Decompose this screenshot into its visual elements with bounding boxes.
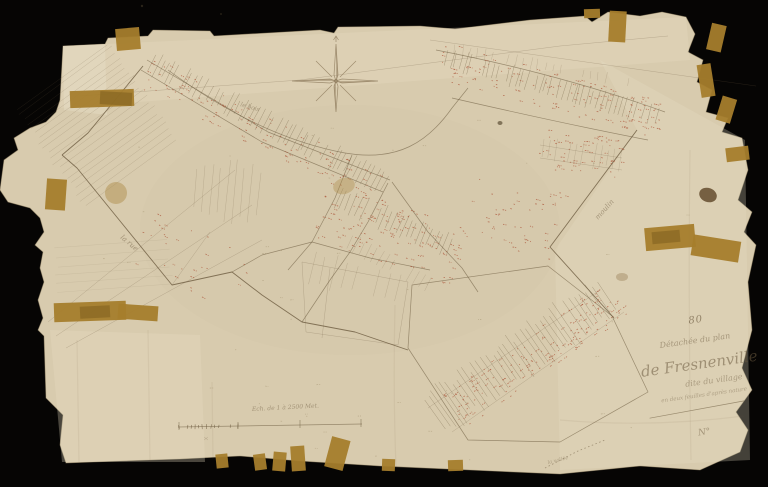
tape-patch xyxy=(100,91,133,106)
tape-patch xyxy=(290,446,306,472)
paper-shade-center xyxy=(140,105,560,355)
plan-number: 80 xyxy=(688,314,704,327)
stain-blob xyxy=(616,273,628,281)
tape-patch xyxy=(652,230,681,244)
tape-patch xyxy=(80,305,111,319)
tape-patch xyxy=(584,9,600,19)
tape-patch xyxy=(215,453,228,468)
tape-patch xyxy=(272,452,287,472)
dust-speck xyxy=(141,5,143,7)
tape-patch xyxy=(448,460,463,472)
tape-patch xyxy=(117,304,158,322)
tape-patch xyxy=(115,27,141,51)
ink-spot xyxy=(498,121,503,125)
tape-patch xyxy=(608,11,627,43)
cartouche-footnote: N° xyxy=(697,427,712,439)
tape-patch xyxy=(45,178,67,210)
dust-speck xyxy=(220,13,222,15)
tape-patch xyxy=(253,453,267,471)
tape-patch xyxy=(382,459,395,471)
stain-blob xyxy=(105,182,127,204)
paper-light-bottom-left xyxy=(50,330,205,462)
tape-patch xyxy=(725,146,750,163)
scanned-map-page: Ech. de 1 à 2500 Met. 80 Détachée du pla… xyxy=(0,0,768,487)
cadastral-map-scan: Ech. de 1 à 2500 Met. 80 Détachée du pla… xyxy=(0,0,768,487)
